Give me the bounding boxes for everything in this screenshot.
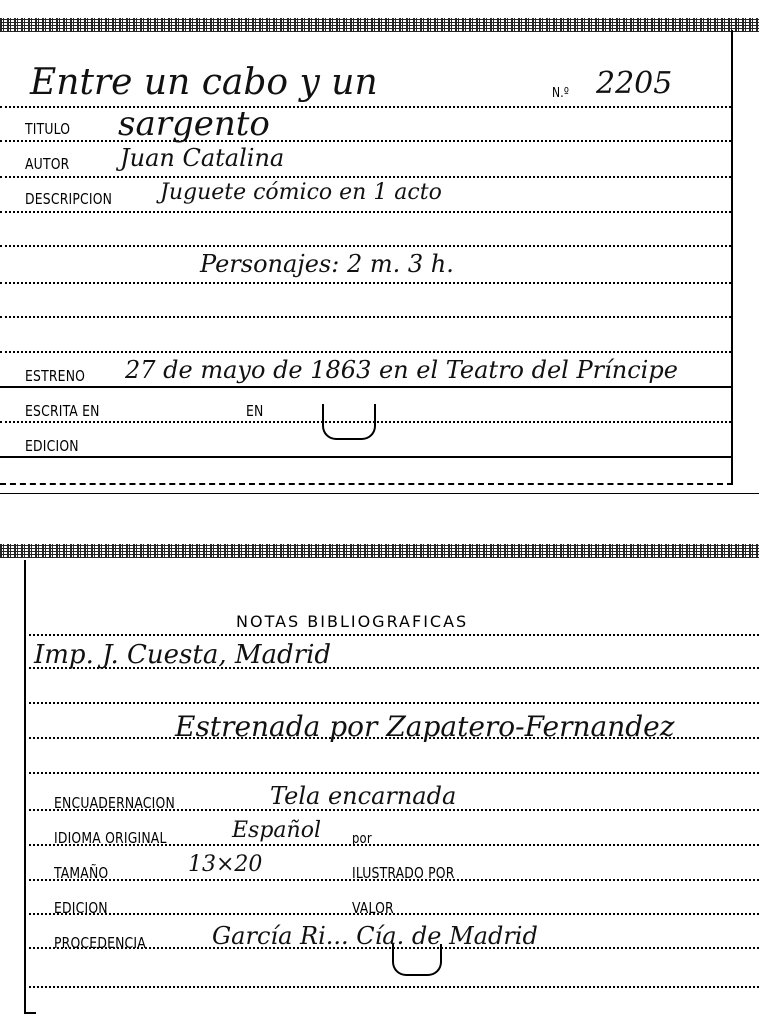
card-front-right-border (731, 30, 733, 483)
card-front: Entre un cabo y un N.º 2205 TITULO sarge… (0, 0, 759, 500)
personajes-value: Personajes: 2 m. 3 h. (200, 250, 454, 278)
procedencia-value: García Ri... Cía. de Madrid (212, 922, 538, 950)
encuadernacion-label: ENCUADERNACION (54, 794, 175, 812)
ilustrado-por-label: ILUSTRADO POR (352, 864, 455, 882)
stamp-mark (322, 404, 376, 440)
titulo-label: TITULO (25, 120, 70, 138)
valor-label: VALOR (352, 899, 394, 917)
edicion-label: EDICION (25, 437, 79, 455)
en-label: EN (246, 402, 264, 420)
note-line-2: Estrenada por Zapatero-Fernandez (175, 710, 674, 743)
card-back: NOTAS BIBLIOGRAFICAS Imp. J. Cuesta, Mad… (0, 540, 759, 1028)
descripcion-label: DESCRIPCION (25, 190, 112, 208)
edicion-back-label: EDICION (54, 899, 108, 917)
procedencia-label: PROCEDENCIA (54, 934, 146, 952)
por-label: por (352, 831, 372, 847)
section-title: NOTAS BIBLIOGRAFICAS (236, 612, 468, 631)
stamp-mark-back (392, 944, 442, 976)
encuadernacion-value: Tela encarnada (270, 782, 456, 810)
escrita-en-label: ESCRITA EN (25, 402, 100, 420)
autor-label: AUTOR (25, 155, 69, 173)
estreno-label: ESTRENO (25, 367, 85, 385)
heading-handwritten: Entre un cabo y un (30, 62, 378, 103)
descripcion-value: Juguete cómico en 1 acto (160, 180, 442, 205)
titulo-value: sargento (118, 104, 270, 144)
idioma-original-value: Español (232, 818, 321, 843)
note-line-1: Imp. J. Cuesta, Madrid (34, 640, 331, 670)
card-back-left-border (24, 560, 26, 1012)
idioma-original-label: IDIOMA ORIGINAL (54, 829, 167, 847)
numero-value: 2205 (596, 66, 672, 101)
numero-label: N.º (552, 86, 569, 101)
tamano-value: 13×20 (188, 852, 262, 877)
tamano-label: TAMAÑO (54, 864, 108, 882)
autor-value: Juan Catalina (120, 144, 284, 172)
estreno-value: 27 de mayo de 1863 en el Teatro del Prín… (125, 356, 678, 384)
